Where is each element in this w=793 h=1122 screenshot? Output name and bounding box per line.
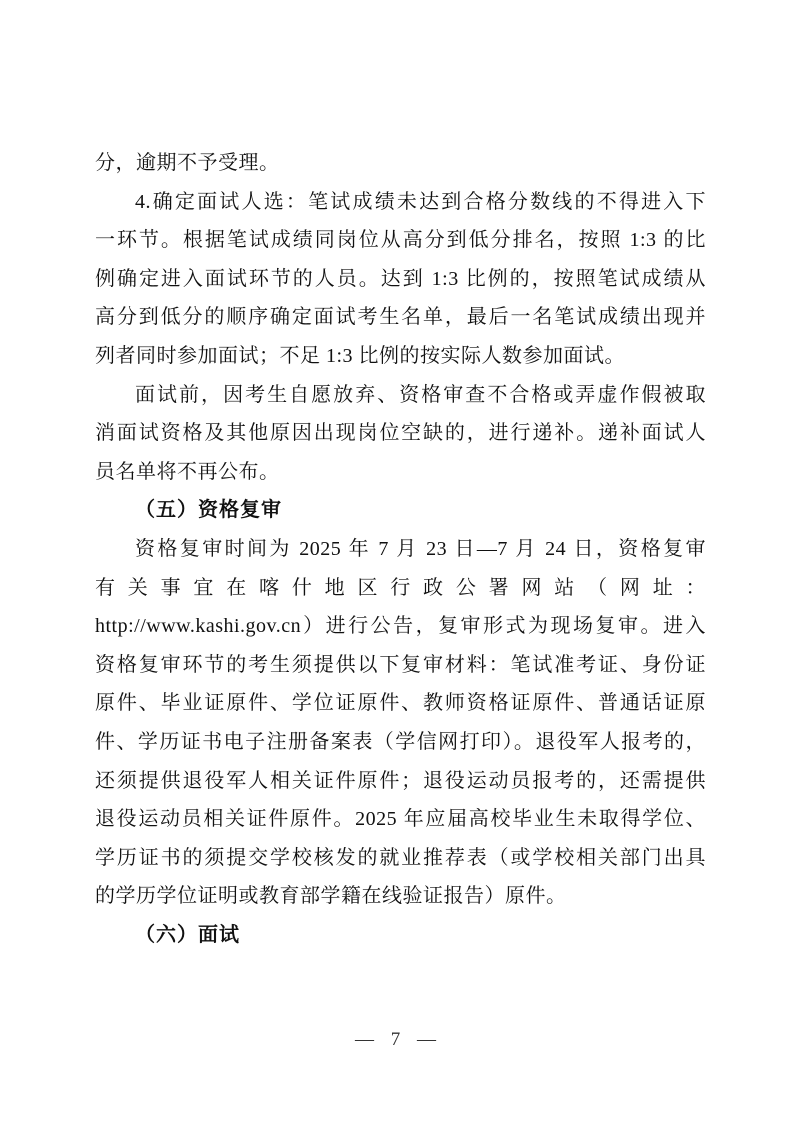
text-line: 资格复审环节的考生须提供以下复审材料：笔试准考证、身份证	[95, 646, 706, 685]
paragraph: 面试前，因考生自愿放弃、资格审查不合格或弄虚作假被取 消面试资格及其他原因出现岗…	[95, 376, 706, 492]
text-line: 高分到低分的顺序确定面试考生名单，最后一名笔试成绩出现并	[95, 298, 706, 337]
text-line: 4.确定面试人选：笔试成绩未达到合格分数线的不得进入下	[95, 183, 706, 222]
text-line: 例确定进入面试环节的人员。达到 1:3 比例的，按照笔试成绩从	[95, 260, 706, 299]
text-line: 员名单将不再公布。	[95, 453, 706, 492]
text-line-with-url: http://www.kashi.gov.cn）进行公告，复审形式为现场复审。进…	[95, 607, 706, 646]
section-heading-6: （六）面试	[95, 916, 706, 955]
text-line: 有关事宜在喀什地区行政公署网站（网址：	[95, 569, 706, 608]
heading-line: （六）面试	[95, 916, 706, 955]
paragraph: 分，逾期不予受理。	[95, 144, 706, 183]
heading-line: （五）资格复审	[95, 491, 706, 530]
paragraph: 资格复审时间为 2025 年 7 月 23 日—7 月 24 日，资格复审 有关…	[95, 530, 706, 916]
paragraph: 4.确定面试人选：笔试成绩未达到合格分数线的不得进入下 一环节。根据笔试成绩同岗…	[95, 183, 706, 376]
text-line: 一环节。根据笔试成绩同岗位从高分到低分排名，按照 1:3 的比	[95, 221, 706, 260]
document-body: 分，逾期不予受理。 4.确定面试人选：笔试成绩未达到合格分数线的不得进入下 一环…	[95, 144, 706, 954]
text-line: 消面试资格及其他原因出现岗位空缺的，进行递补。递补面试人	[95, 414, 706, 453]
page-number: — 7 —	[0, 1021, 793, 1059]
text-line: 原件、毕业证原件、学位证原件、教师资格证原件、普通话证原	[95, 684, 706, 723]
text-line: 资格复审时间为 2025 年 7 月 23 日—7 月 24 日，资格复审	[95, 530, 706, 569]
text-line: 分，逾期不予受理。	[95, 144, 706, 183]
section-heading-5: （五）资格复审	[95, 491, 706, 530]
text-line: 退役运动员相关证件原件。2025 年应届高校毕业生未取得学位、	[95, 800, 706, 839]
document-page: 分，逾期不予受理。 4.确定面试人选：笔试成绩未达到合格分数线的不得进入下 一环…	[0, 0, 793, 1122]
text-line: 面试前，因考生自愿放弃、资格审查不合格或弄虚作假被取	[95, 376, 706, 415]
text-line: 的学历学位证明或教育部学籍在线验证报告）原件。	[95, 877, 706, 916]
text-line: 学历证书的须提交学校核发的就业推荐表（或学校相关部门出具	[95, 839, 706, 878]
text-line: 列者同时参加面试；不足 1:3 比例的按实际人数参加面试。	[95, 337, 706, 376]
text-line: 件、学历证书电子注册备案表（学信网打印）。退役军人报考的，	[95, 723, 706, 762]
text-line: 还须提供退役军人相关证件原件；退役运动员报考的，还需提供	[95, 762, 706, 801]
